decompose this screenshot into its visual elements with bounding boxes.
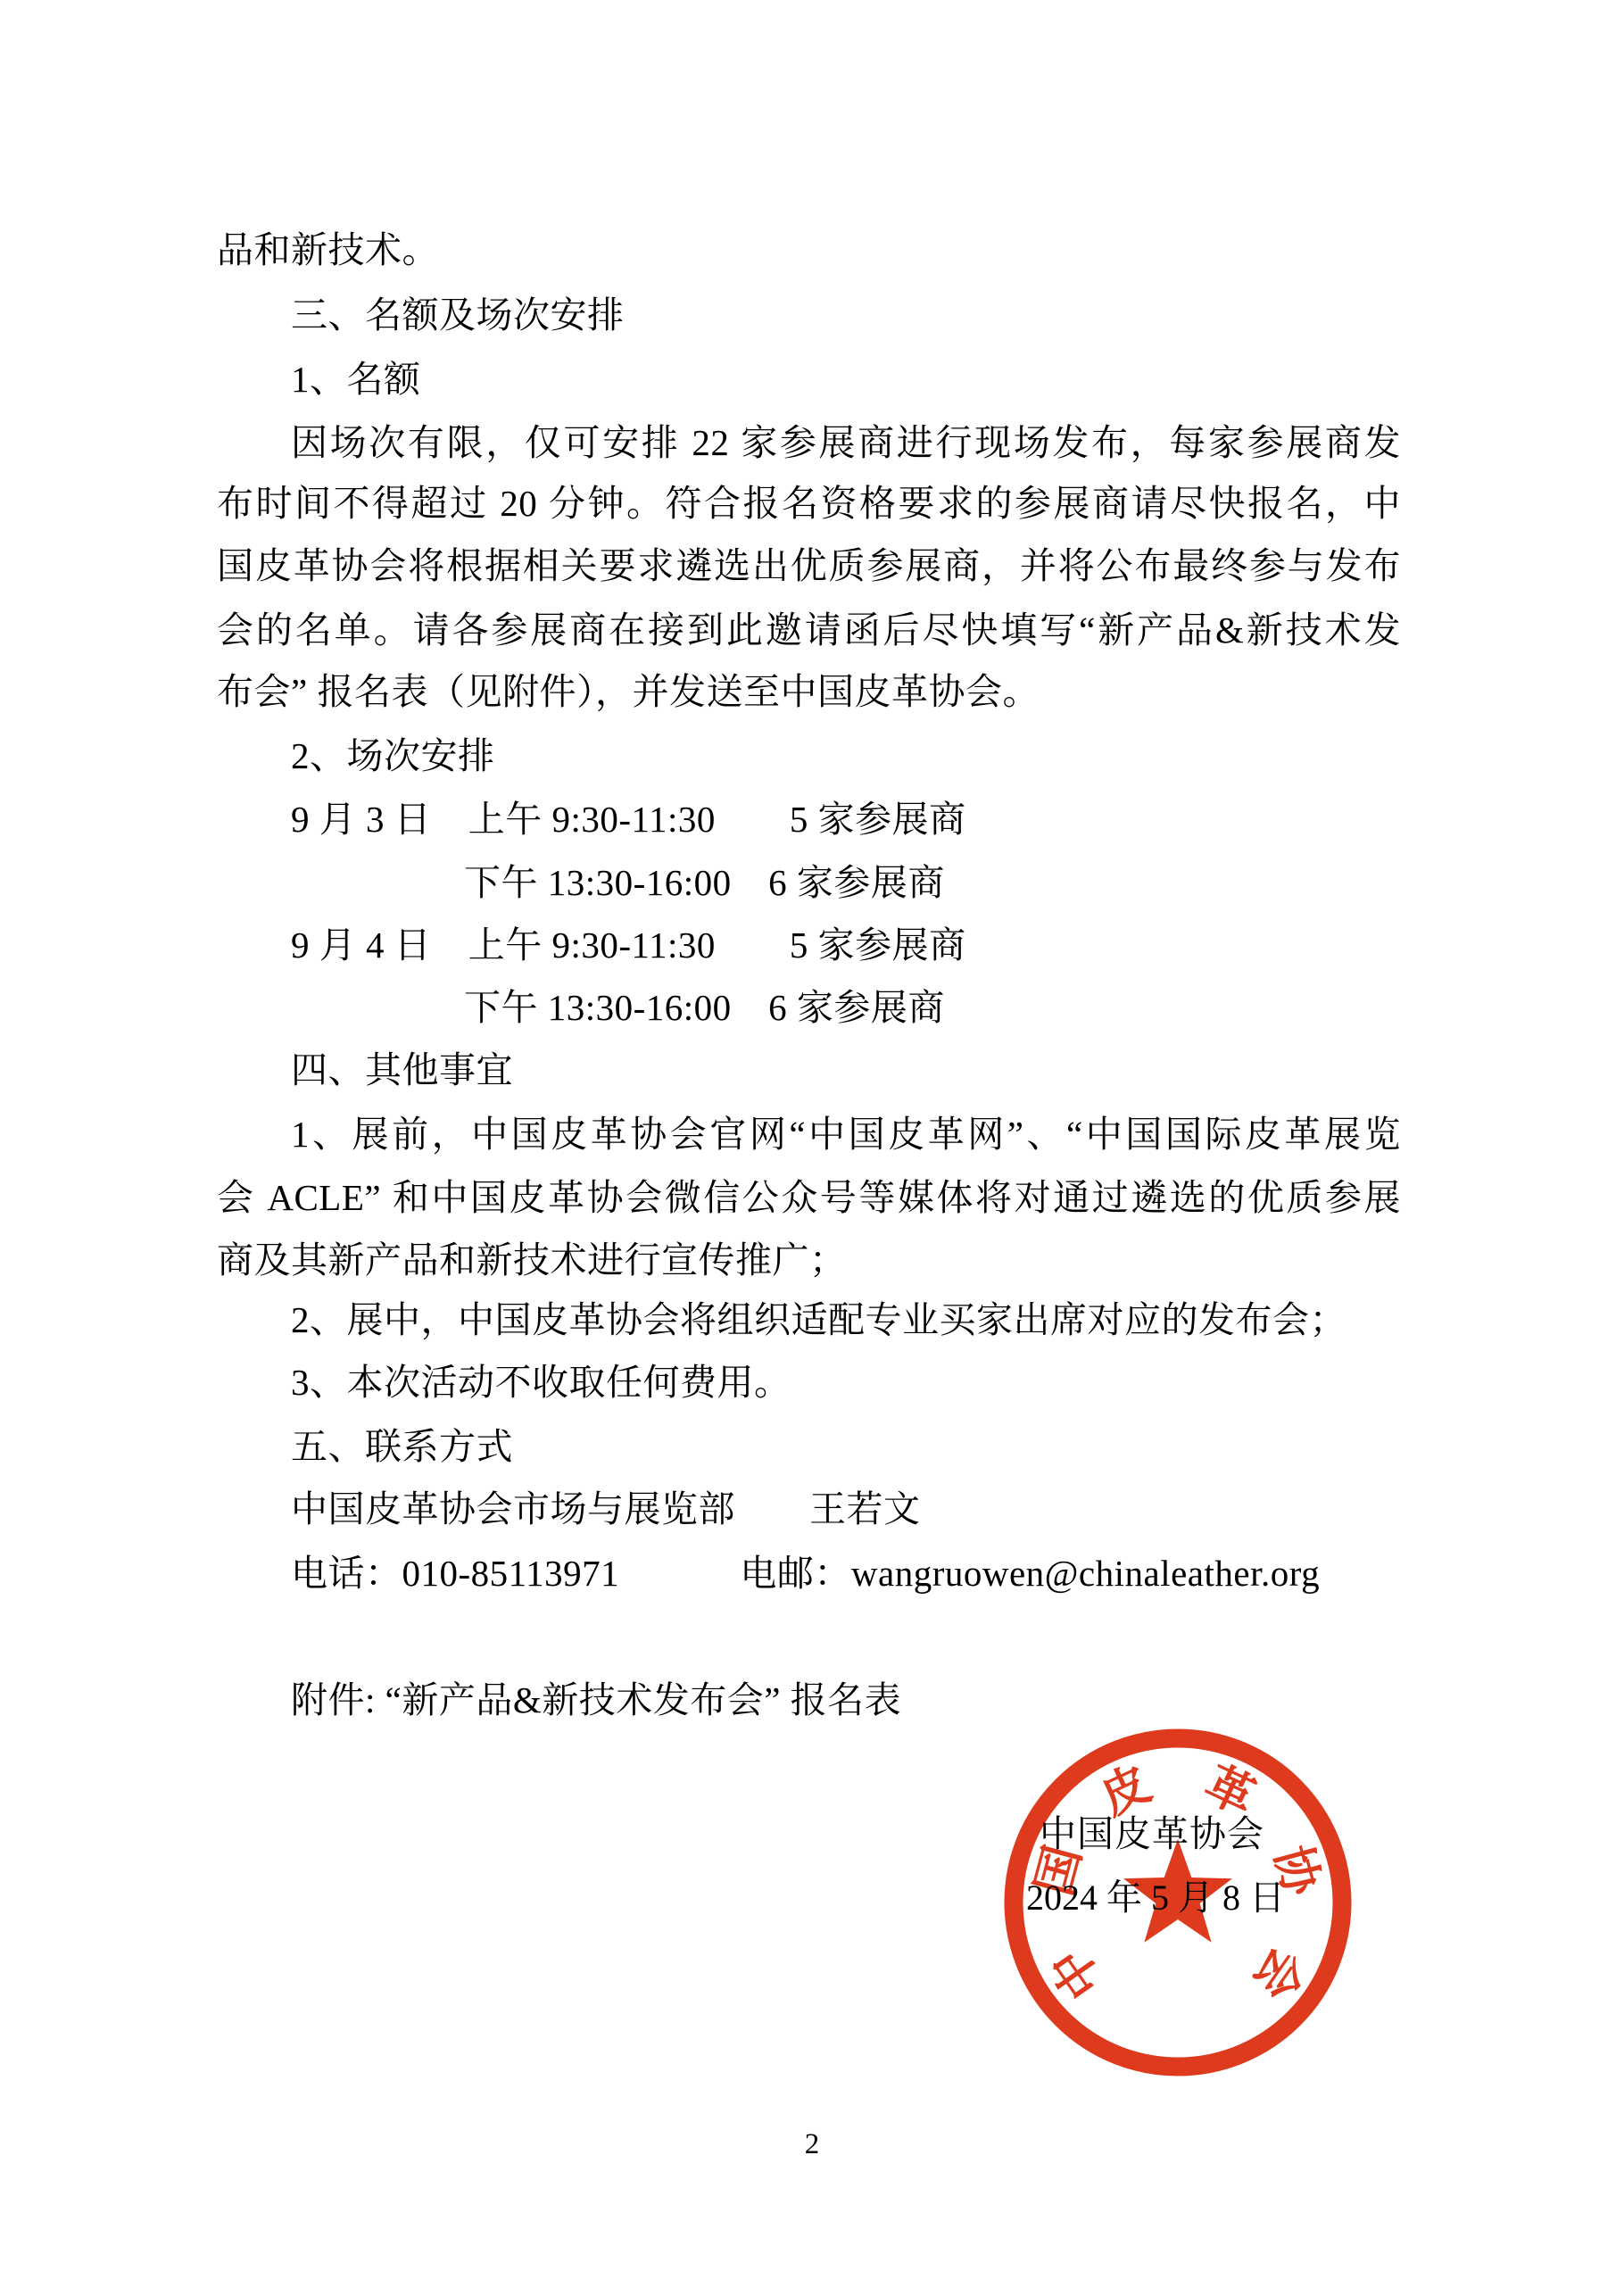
- page-number: 2: [0, 2128, 1624, 2161]
- schedule-sep4-afternoon: 下午 13:30-16:00 6 家参展商: [464, 989, 945, 1027]
- paragraph-quota-line-3: 国皮革协会将根据相关要求遴选出优质参展商，并将公布最终参与发布: [217, 547, 1401, 585]
- schedule-sep4-morning: 9 月 4 日 上午 9:30-11:30 5 家参展商: [291, 926, 966, 965]
- paragraph-quota-line-4: 会的名单。请各参展商在接到此邀请函后尽快填写“新产品&新技术发: [217, 611, 1401, 650]
- schedule-sep3-afternoon: 下午 13:30-16:00 6 家参展商: [464, 864, 945, 902]
- paragraph-other-1-line-3: 商及其新产品和新技术进行宣传推广；: [217, 1241, 847, 1280]
- attachment-note: 附件: “新产品&新技术发布会” 报名表: [291, 1681, 901, 1720]
- paragraph-quota-line-5: 布会” 报名表（见附件），并发送至中国皮革协会。: [217, 673, 1040, 711]
- paragraph-other-3: 3、本次活动不收取任何费用。: [291, 1364, 791, 1402]
- paragraph-other-1-line-1: 1、展前，中国皮革协会官网“中国皮革网”、“中国国际皮革展览: [217, 1115, 1401, 1154]
- schedule-sep3-morning: 9 月 3 日 上午 9:30-11:30 5 家参展商: [291, 800, 966, 839]
- section-heading-other-matters: 四、其他事宜: [291, 1051, 513, 1090]
- paragraph-continuation: 品和新技术。: [217, 231, 439, 269]
- subheading-sessions: 2、场次安排: [291, 737, 495, 775]
- contact-phone-email: 电话：010-85113971 电邮：wangruowen@chinaleath…: [291, 1554, 1320, 1593]
- paragraph-quota-line-2: 布时间不得超过 20 分钟。符合报名资格要求的参展商请尽快报名，中: [217, 485, 1401, 523]
- contact-department-person: 中国皮革协会市场与展览部 王若文: [291, 1490, 921, 1529]
- signature-organization: 中国皮革协会: [1040, 1804, 1264, 1857]
- section-heading-quota-schedule: 三、名额及场次安排: [291, 296, 625, 335]
- subheading-quota: 1、名额: [291, 361, 421, 399]
- paragraph-other-2: 2、展中，中国皮革协会将组织适配专业买家出席对应的发布会；: [291, 1301, 1346, 1339]
- paragraph-other-1-line-2: 会 ACLE” 和中国皮革协会微信公众号等媒体将对通过遴选的优质参展: [217, 1179, 1401, 1217]
- document-page: 品和新技术。 三、名额及场次安排 1、名额 因场次有限，仅可安排 22 家参展商…: [0, 0, 1624, 2296]
- signature-date: 2024 年 5 月 8 日: [1026, 1869, 1285, 1920]
- paragraph-quota-line-1: 因场次有限，仅可安排 22 家参展商进行现场发布，每家参展商发: [217, 424, 1401, 462]
- section-heading-contact: 五、联系方式: [291, 1428, 513, 1466]
